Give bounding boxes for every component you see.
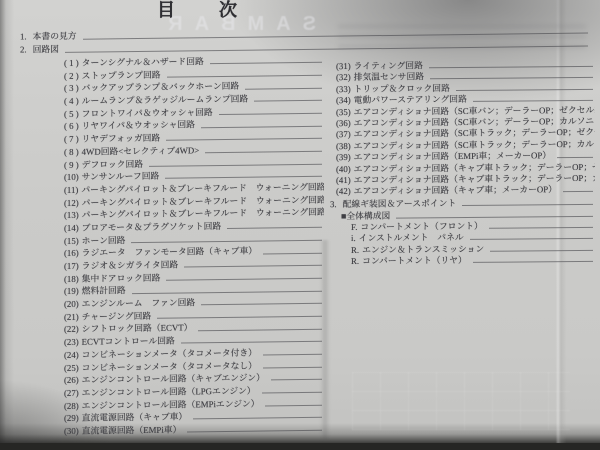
book-page: SAMBAR 目 次 1. 本書の見方 2. 回路図 ( 1 ) ターンシグナル… [0,0,600,443]
leader-line [198,327,322,331]
leader-line [563,190,593,192]
leader-line [490,249,593,252]
toc-item-label: エンジンルーム ファン回路 [82,296,196,310]
leader-line [181,340,322,344]
section-label: 本書の見方 [33,30,77,44]
leader-line [166,137,322,141]
section-label: 配線ギ装図＆アースポイント [343,197,457,211]
toc-item-number: (32) [336,72,351,84]
toc-item-number: ( 8 ) [64,146,79,159]
toc-item-label: インストルメント パネル [359,232,464,244]
toc-item-number: (30) [64,425,79,438]
leader-line [557,156,593,158]
toc-item-number: (34) [336,95,351,107]
leader-line [489,226,593,229]
toc-item-label: 燃料計回路 [82,285,126,298]
toc-item-number: (28) [64,399,79,412]
toc-item-number: ( 4 ) [64,95,79,108]
toc-item-number: (35) [336,107,351,119]
leader-line [462,203,593,206]
leader-line [263,365,322,368]
toc-item-label: 排気温センサ回路 [354,72,424,84]
leader-line [430,76,593,79]
leader-line [245,86,322,89]
toc-item-number: ( 7 ) [64,133,79,146]
leader-line [149,162,322,166]
toc-item-number: (10) [64,171,79,184]
toc-item-number: (37) [336,129,351,141]
toc-item-number: (25) [64,361,79,374]
toc-item-number: (29) [64,412,79,425]
toc-item-label: ECVTコントロール回路 [82,335,175,349]
toc-item-number: (26) [64,374,79,387]
toc-item-number: F. [351,222,357,233]
toc-item-label: サンサンルーフ回路 [82,170,160,184]
toc-item-label: ターンシグナル＆ハザード回路 [82,55,204,69]
leader-line [271,378,322,381]
leader-line [456,88,593,91]
page-title: 目 次 [157,0,250,22]
toc-item-label: エンジンコントロール回路（EMPiエンジン） [82,397,260,412]
toc-item-label: シフトロック回路（ECVT） [82,322,193,336]
toc-item: (30) 直流電源回路（EMPi車） [20,422,324,438]
toc-item-label: ラジエータ ファンモータ回路（キャブ車） [82,245,257,260]
leader-line [132,289,322,293]
toc-item-label: ラジオ＆シガライタ回路 [82,259,179,273]
toc-item-label: 電動パワーステアリング回路 [354,94,467,106]
toc-item-number: ( 9 ) [64,158,79,171]
toc-item-label: チャージング回路 [82,310,152,324]
toc-item-label: ホーン回路 [82,234,126,247]
toc-item-label: 集中ドアロック回路 [82,271,161,285]
leader-line [167,74,322,78]
toc-item-number: (20) [64,298,79,311]
toc-item-number: (38) [336,141,351,153]
toc-item-number: (18) [64,272,79,285]
toc-item-number: (21) [64,311,79,324]
toc-item: R. コンパートメント（リヤ） [330,254,595,268]
toc-item-label: ストップランプ回路 [82,68,161,82]
toc-item-number: ( 1 ) [64,57,79,70]
toc-item-number: i. [351,233,356,244]
leader-line [184,264,322,268]
toc-item-number: (17) [64,260,79,273]
leader-line [262,391,322,394]
leader-line [165,175,322,179]
toc-item-number: (36) [336,118,351,130]
toc-item-number: (31) [336,61,351,73]
toc-item-number: (41) [336,175,351,187]
leader-line [396,214,593,218]
leader-line [131,239,322,243]
leader-line [473,99,593,102]
toc-item-number: (15) [64,234,79,247]
leader-line [201,302,322,305]
circuit-list-right: (31) ライティング回路 (32) 排気温センサ回路 (33) トリップ＆クロ… [330,59,595,198]
leader-line [254,99,322,102]
leader-line [210,61,322,64]
toc-item-label: ライティング回路 [354,60,423,72]
leader-line [429,65,593,68]
leader-line [219,112,322,115]
leader-line [265,404,322,407]
toc-item-label: コンパートメント（リヤ） [362,255,467,267]
toc-item-number: (42) [336,186,351,198]
toc-item-number: ( 2 ) [64,69,79,82]
toc-item-number: (19) [64,285,79,298]
toc-item-label: 直流電源回路（EMPi車） [82,423,182,437]
toc-item-number: (11) [64,184,78,197]
toc-item-label: デフロック回路 [82,157,143,170]
leader-line [193,416,322,420]
toc-item-number: (12) [64,196,79,209]
leader-line [473,260,593,263]
leader-line [227,226,322,229]
leader-line [205,150,322,153]
toc-item-label: リヤワイパ＆ウオッシャ回路 [82,119,195,133]
toc-item-number: (13) [64,209,79,222]
toc-item-number: ( 3 ) [64,82,79,95]
toc-item-number: R. [351,256,359,267]
toc-item-number: R. [351,245,359,256]
heading-label: ■全体構成図 [341,210,390,222]
leader-line [187,429,322,433]
toc-item-number: ( 5 ) [64,108,79,121]
leader-line [470,237,593,240]
section-number: 2. [20,43,27,56]
toc-item-label: ブロアモータ＆プラグソケット回路 [82,220,222,234]
toc-item-label: コンパートメント（フロント） [360,221,482,233]
section-label: 回路図 [33,43,59,56]
section-number: 1. [20,30,27,43]
toc-item-number: ( 6 ) [64,120,79,133]
toc-item-number: (23) [64,336,79,349]
toc-item-number: (27) [64,387,79,400]
toc-item: (42) エアコンディショナ回路（キャブ車；メーカーOP） [330,184,595,198]
toc-item-label: トリップ＆クロック回路 [354,83,450,95]
layout-item-list: F. コンパートメント（フロント） i. インストルメント パネル R. エンジ… [330,220,595,268]
toc-item-label: エアコンディショナ回路（キャブ車；メーカーOP） [354,184,557,197]
toc-item-label: ルームランプ＆ラゲッジルームランプ回路 [82,93,249,108]
toc-item-number: (22) [64,323,79,336]
leader-line [263,353,322,356]
leader-line [157,315,322,319]
toc-item-number: (39) [336,152,351,164]
section-number: 3. [330,198,337,211]
toc-item-number: (40) [336,163,351,175]
toc-item-number: (14) [64,222,79,235]
toc-item-number: (24) [64,349,79,362]
toc-item-label: 4WD回路<セレクティブ4WD> [82,144,200,158]
toc-item-label: リヤデフォッガ回路 [82,132,161,146]
toc-item-number: (16) [64,247,79,260]
leader-line [201,124,322,127]
toc-item-number: (33) [336,84,351,96]
leader-line [263,251,322,254]
leader-line [166,277,322,281]
toc-right-column: (31) ライティング回路 (32) 排気温センサ回路 (33) トリップ＆クロ… [330,59,595,268]
